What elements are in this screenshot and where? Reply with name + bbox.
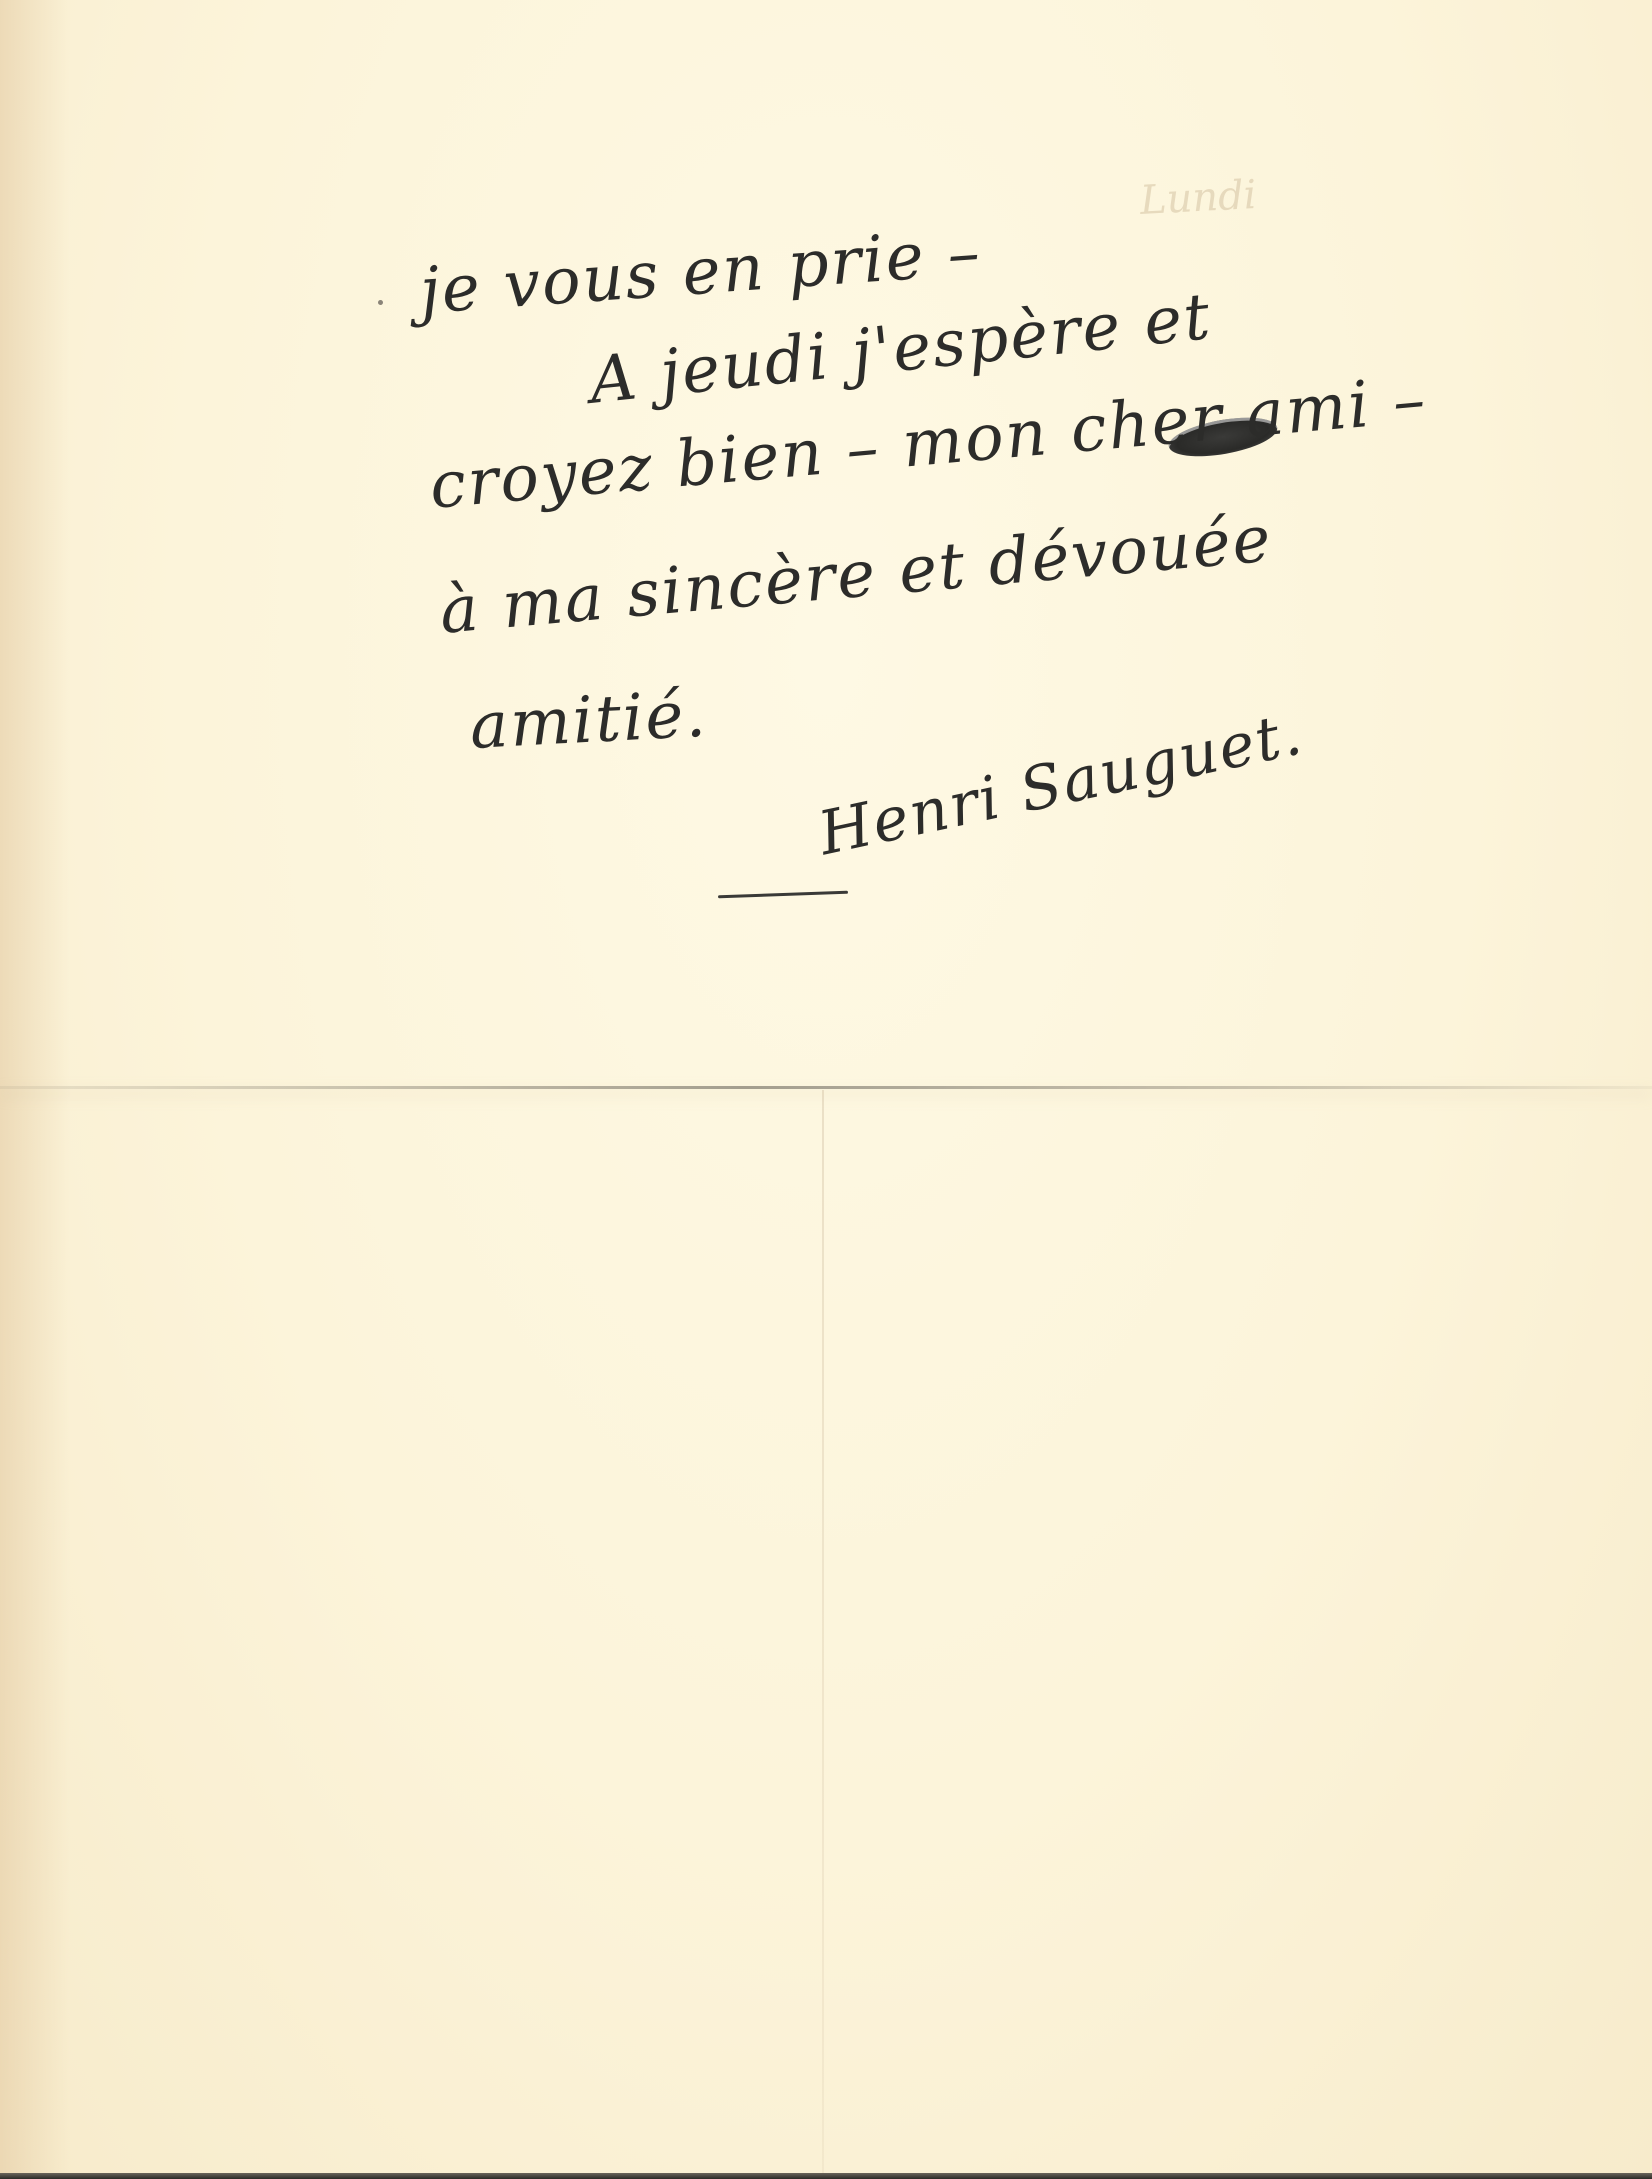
letter-page: Lundi je vous en prie – A jeudi j'espère… (0, 0, 1652, 2179)
ink-dot (378, 300, 383, 305)
vertical-fold-line (822, 1090, 824, 2179)
paper-bottom-edge (0, 2173, 1652, 2179)
show-through-text: Lundi (1139, 172, 1258, 224)
signature-underline (718, 891, 848, 899)
signature: Henri Sauguet. (813, 698, 1309, 869)
letter-line-3: croyez bien – mon cher ami – (427, 363, 1430, 524)
horizontal-fold-line (0, 1086, 1652, 1089)
letter-line-4: à ma sincère et dévouée (437, 502, 1275, 649)
paper-edge-shadow (0, 0, 70, 2179)
letter-line-5: amitié. (468, 678, 709, 764)
